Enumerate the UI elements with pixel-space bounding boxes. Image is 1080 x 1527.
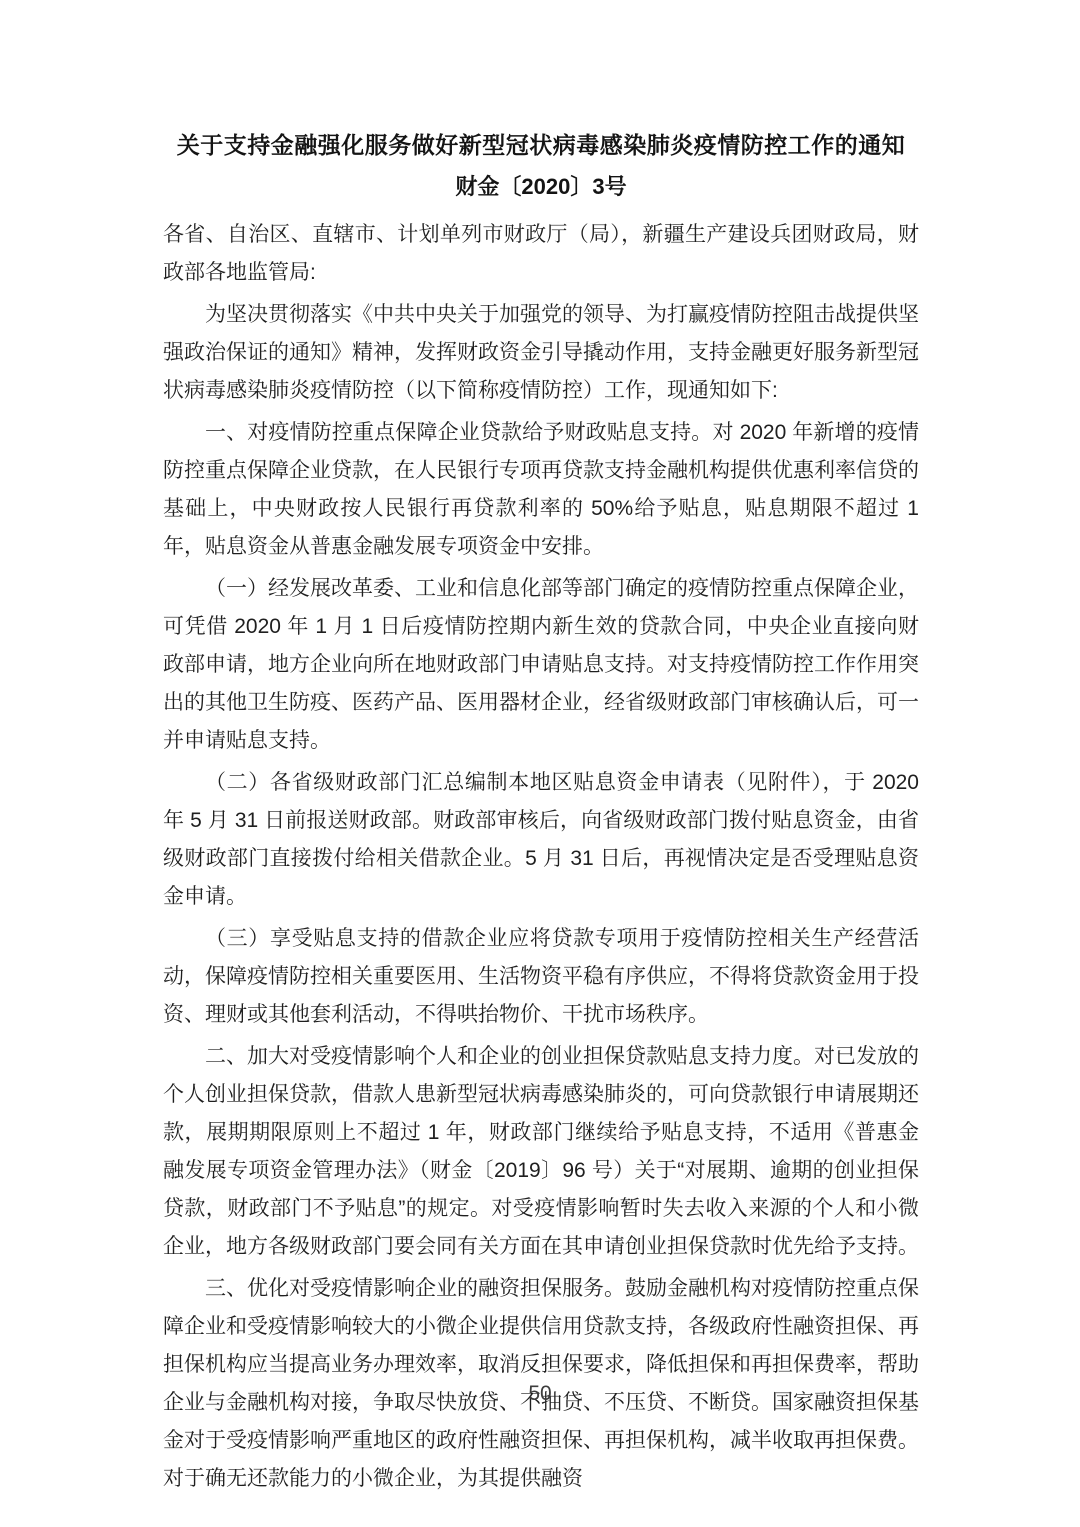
document-number: 财金〔2020〕3号	[163, 170, 919, 204]
document-title: 关于支持金融强化服务做好新型冠状病毒感染肺炎疫情防控工作的通知	[163, 128, 919, 162]
document-body: 各省、自治区、直辖市、计划单列市财政厅（局），新疆生产建设兵团财政局，财政部各地…	[163, 216, 919, 1498]
page-number: 50	[0, 1382, 1080, 1406]
salutation: 各省、自治区、直辖市、计划单列市财政厅（局），新疆生产建设兵团财政局，财政部各地…	[163, 216, 919, 292]
document-page: 关于支持金融强化服务做好新型冠状病毒感染肺炎疫情防控工作的通知 财金〔2020〕…	[0, 0, 1080, 1527]
section-1-paragraph: 一、对疫情防控重点保障企业贷款给予财政贴息支持。对 2020 年新增的疫情防控重…	[163, 414, 919, 566]
document-content: 关于支持金融强化服务做好新型冠状病毒感染肺炎疫情防控工作的通知 财金〔2020〕…	[163, 128, 919, 1502]
section-2-paragraph: 二、加大对受疫情影响个人和企业的创业担保贷款贴息支持力度。对已发放的个人创业担保…	[163, 1038, 919, 1266]
intro-paragraph: 为坚决贯彻落实《中共中央关于加强党的领导、为打赢疫情防控阻击战提供坚强政治保证的…	[163, 296, 919, 410]
section-1-item-3-paragraph: （三）享受贴息支持的借款企业应将贷款专项用于疫情防控相关生产经营活动，保障疫情防…	[163, 920, 919, 1034]
section-1-item-2-paragraph: （二）各省级财政部门汇总编制本地区贴息资金申请表（见附件），于 2020 年 5…	[163, 764, 919, 916]
section-1-item-1-paragraph: （一）经发展改革委、工业和信息化部等部门确定的疫情防控重点保障企业，可凭借 20…	[163, 570, 919, 760]
